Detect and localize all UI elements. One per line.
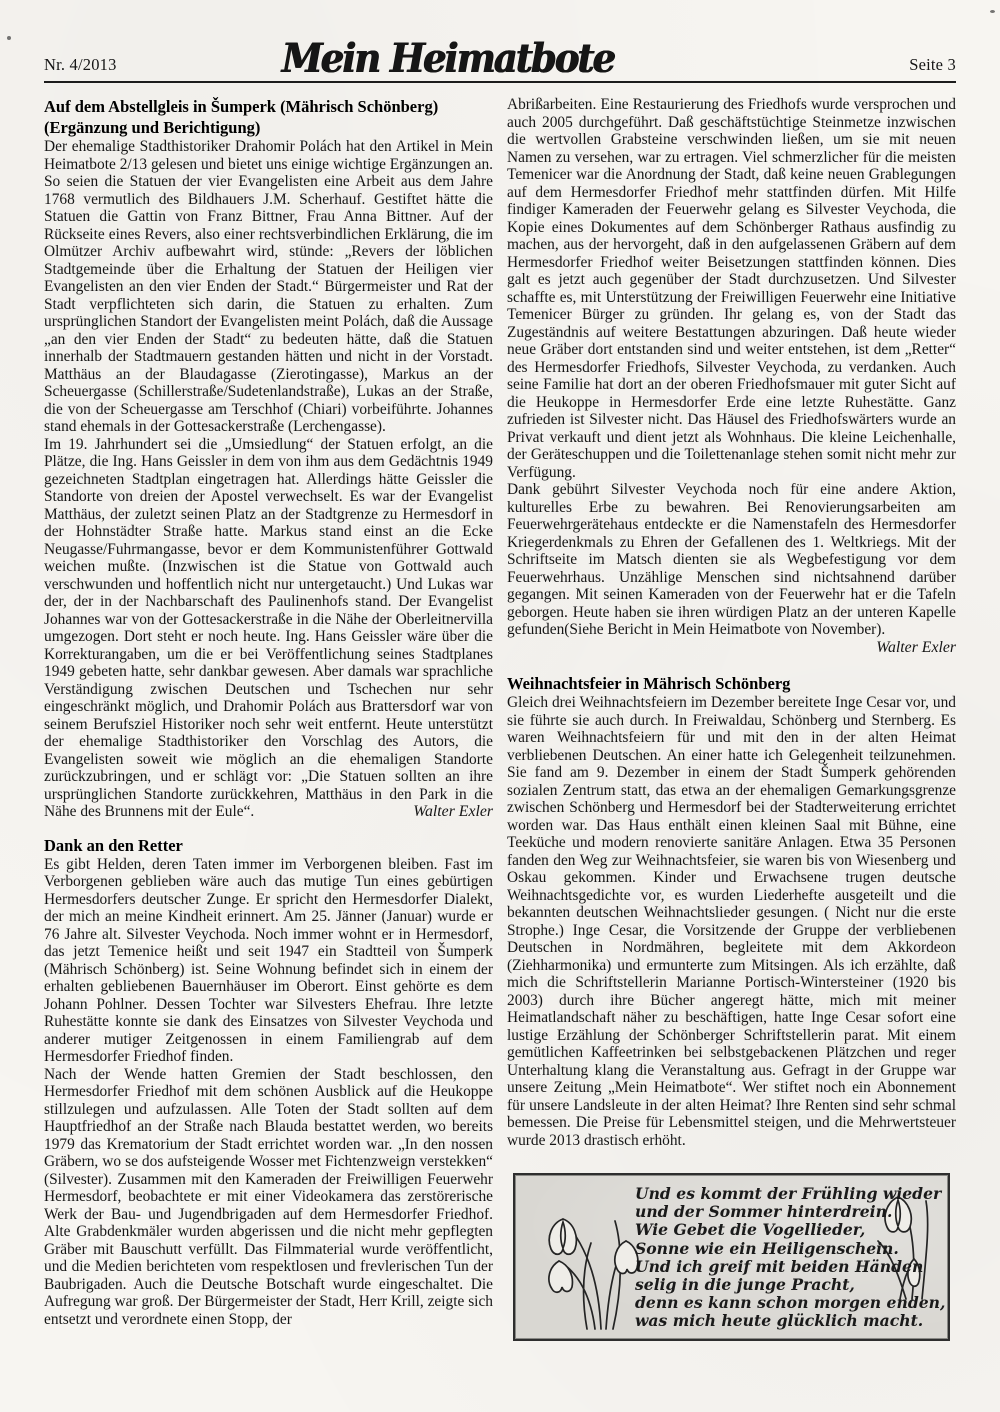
article-title: Dank an den Retter: [44, 835, 493, 856]
poem-line: selig in die junge Pracht,: [635, 1276, 844, 1294]
article-title-line2: (Ergänzung und Berichtigung): [44, 117, 493, 138]
poem-text: Und es kommt der Frühling wieder und der…: [635, 1185, 844, 1331]
poem-line: Und es kommt der Frühling wieder: [635, 1185, 844, 1203]
article-paragraph: Im 19. Jahrhundert sei die „Umsiedlung“ …: [44, 436, 493, 821]
article-title-line1: Auf dem Abstellgleis in Šumperk (Mährisc…: [44, 96, 493, 117]
article-title: Auf dem Abstellgleis in Šumperk (Mährisc…: [44, 96, 493, 138]
article-abstellgleis: Auf dem Abstellgleis in Šumperk (Mährisc…: [44, 96, 493, 821]
poem-line: Und ich greif mit beiden Händen: [635, 1258, 844, 1276]
left-column: Auf dem Abstellgleis in Šumperk (Mährisc…: [44, 96, 493, 1341]
article-weihnachtsfeier: Weihnachtsfeier in Mährisch Schönberg Gl…: [507, 673, 956, 1149]
right-column: Abrißarbeiten. Eine Restaurierung des Fr…: [507, 96, 956, 1341]
poem-line: denn es kann schon morgen enden,: [635, 1294, 844, 1312]
masthead-title: Mein Heimatbote: [282, 39, 614, 78]
page-header: Nr. 4/2013 Mein Heimatbote Seite 3: [44, 34, 956, 76]
snowdrop-left-icon: [529, 1185, 647, 1331]
poem-line: und der Sommer hinterdrein.: [635, 1203, 844, 1221]
newspaper-page: Nr. 4/2013 Mein Heimatbote Seite 3 Auf d…: [0, 0, 1000, 1412]
article-paragraph: Dank gebührt Silvester Veychoda noch für…: [507, 481, 956, 639]
scan-speck: [7, 36, 11, 40]
article-paragraph: Abrißarbeiten. Eine Restaurierung des Fr…: [507, 96, 956, 481]
issue-number: Nr. 4/2013: [44, 55, 117, 76]
poem-line: Sonne wie ein Heiligenschein.: [635, 1240, 844, 1258]
column-layout: Auf dem Abstellgleis in Šumperk (Mährisc…: [44, 96, 956, 1341]
article-paragraph: Es gibt Helden, deren Taten immer im Ver…: [44, 856, 493, 1066]
author-signature: Walter Exler: [507, 639, 956, 657]
poem-line: Wie Gebet die Vogellieder,: [635, 1221, 844, 1239]
article-retter: Dank an den Retter Es gibt Helden, deren…: [44, 835, 493, 1329]
article-paragraph: Nach der Wende hatten Gremien der Stadt …: [44, 1066, 493, 1329]
poem-line: was mich heute glücklich macht.: [635, 1312, 844, 1330]
article-title: Weihnachtsfeier in Mährisch Schönberg: [507, 673, 956, 694]
article-paragraph: Der ehemalige Stadthistoriker Drahomir P…: [44, 138, 493, 436]
page-number: Seite 3: [909, 55, 956, 76]
poem-box: Und es kommt der Frühling wieder und der…: [513, 1173, 950, 1341]
scan-speck: [990, 10, 995, 13]
article-retter-continuation: Abrißarbeiten. Eine Restaurierung des Fr…: [507, 96, 956, 656]
article-paragraph: Gleich drei Weihnachtsfeiern im Dezember…: [507, 694, 956, 1149]
